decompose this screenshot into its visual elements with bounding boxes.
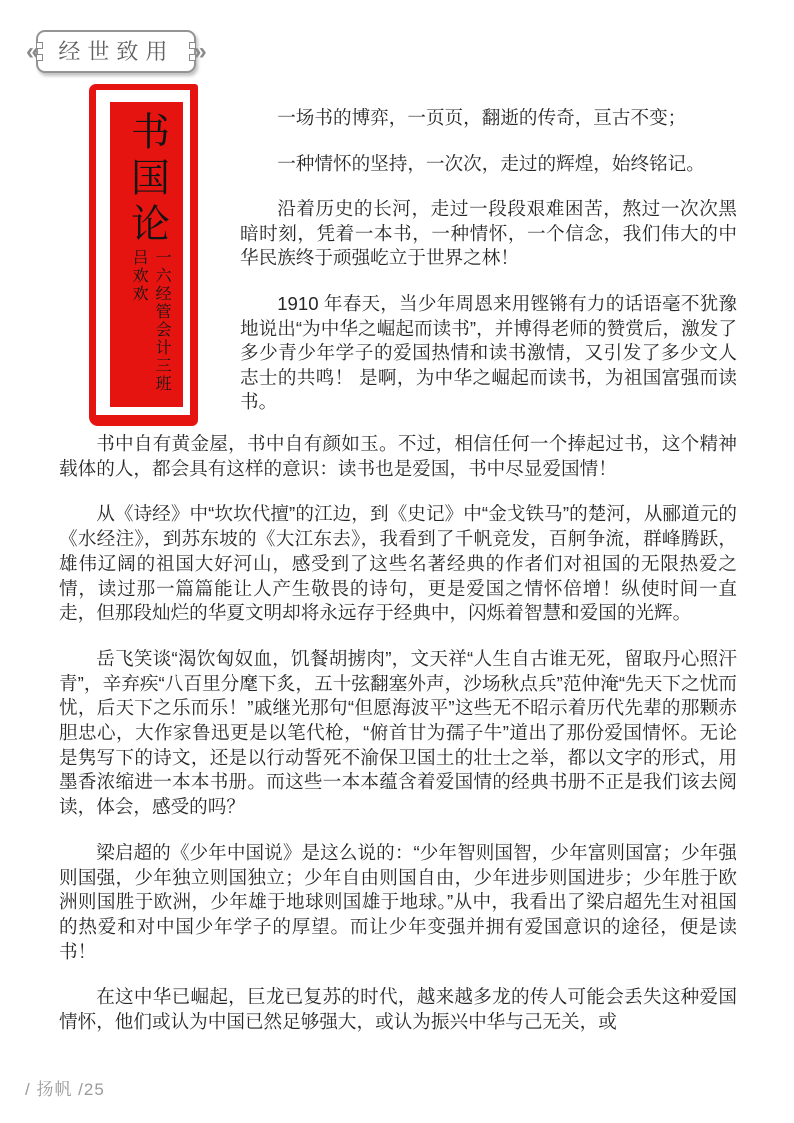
article-byline: 一六经管会计三班 吕欢欢 — [127, 249, 173, 393]
section-badge: « 经世致用 » — [26, 30, 207, 73]
article-title: 书国论 — [119, 111, 175, 249]
author-class: 一六经管会计三班 — [150, 249, 173, 393]
body-paragraph: 从《诗经》中“坎坎代擅”的江边，到《史记》中“金戈铁马”的楚河，从郦道元的《水经… — [59, 502, 737, 626]
intro-paragraph: 沿着历史的长河，走过一段段艰难困苦，熬过一次次黑暗时刻，凭着一本书，一种情怀，一… — [240, 197, 737, 271]
article-intro-column: 一场书的博弈，一页页，翻逝的传奇，亘古不变； 一种情怀的坚持，一次次，走过的辉煌… — [240, 106, 737, 436]
intro-paragraph: 1910 年春天，当少年周恩来用铿锵有力的话语毫不犹豫地说出“为中华之崛起而读书… — [240, 292, 737, 415]
body-paragraph: 梁启超的《少年中国说》是这么说的：“少年智则国智，少年富则国富；少年强则国强，少… — [59, 841, 737, 965]
body-paragraph: 书中自有黄金屋，书中自有颜如玉。不过，相信任何一个捧起过书，这个精神载体的人，都… — [59, 432, 737, 481]
page-footer: / 扬帆 /25 — [25, 1075, 105, 1100]
body-paragraph: 岳飞笑谈“渴饮匈奴血，饥餐胡掳肉”，文天祥“人生自古谁无死，留取丹心照汗青”，辛… — [59, 647, 737, 820]
section-badge-label: 经世致用 — [36, 30, 196, 73]
magazine-page: « 经世致用 » 书国论 一六经管会计三班 吕欢欢 一场书的博弈，一页页，翻逝的… — [0, 0, 794, 1123]
title-seal: 书国论 一六经管会计三班 吕欢欢 — [89, 84, 198, 426]
left-square-dots-ornament-icon — [36, 42, 43, 61]
author-name: 吕欢欢 — [127, 249, 150, 393]
seal-stamp-body: 书国论 一六经管会计三班 吕欢欢 — [110, 102, 183, 407]
right-square-dots-ornament-icon — [189, 42, 196, 61]
intro-paragraph: 一种情怀的坚持，一次次，走过的辉煌，始终铭记。 — [240, 152, 737, 177]
body-paragraph: 在这中华已崛起，巨龙已复苏的时代，越来越多龙的传人可能会丢失这种爱国情怀，他们或… — [59, 985, 737, 1034]
article-body: 书中自有黄金屋，书中自有颜如玉。不过，相信任何一个捧起过书，这个精神载体的人，都… — [59, 432, 737, 1056]
intro-paragraph: 一场书的博弈，一页页，翻逝的传奇，亘古不变； — [240, 106, 737, 131]
